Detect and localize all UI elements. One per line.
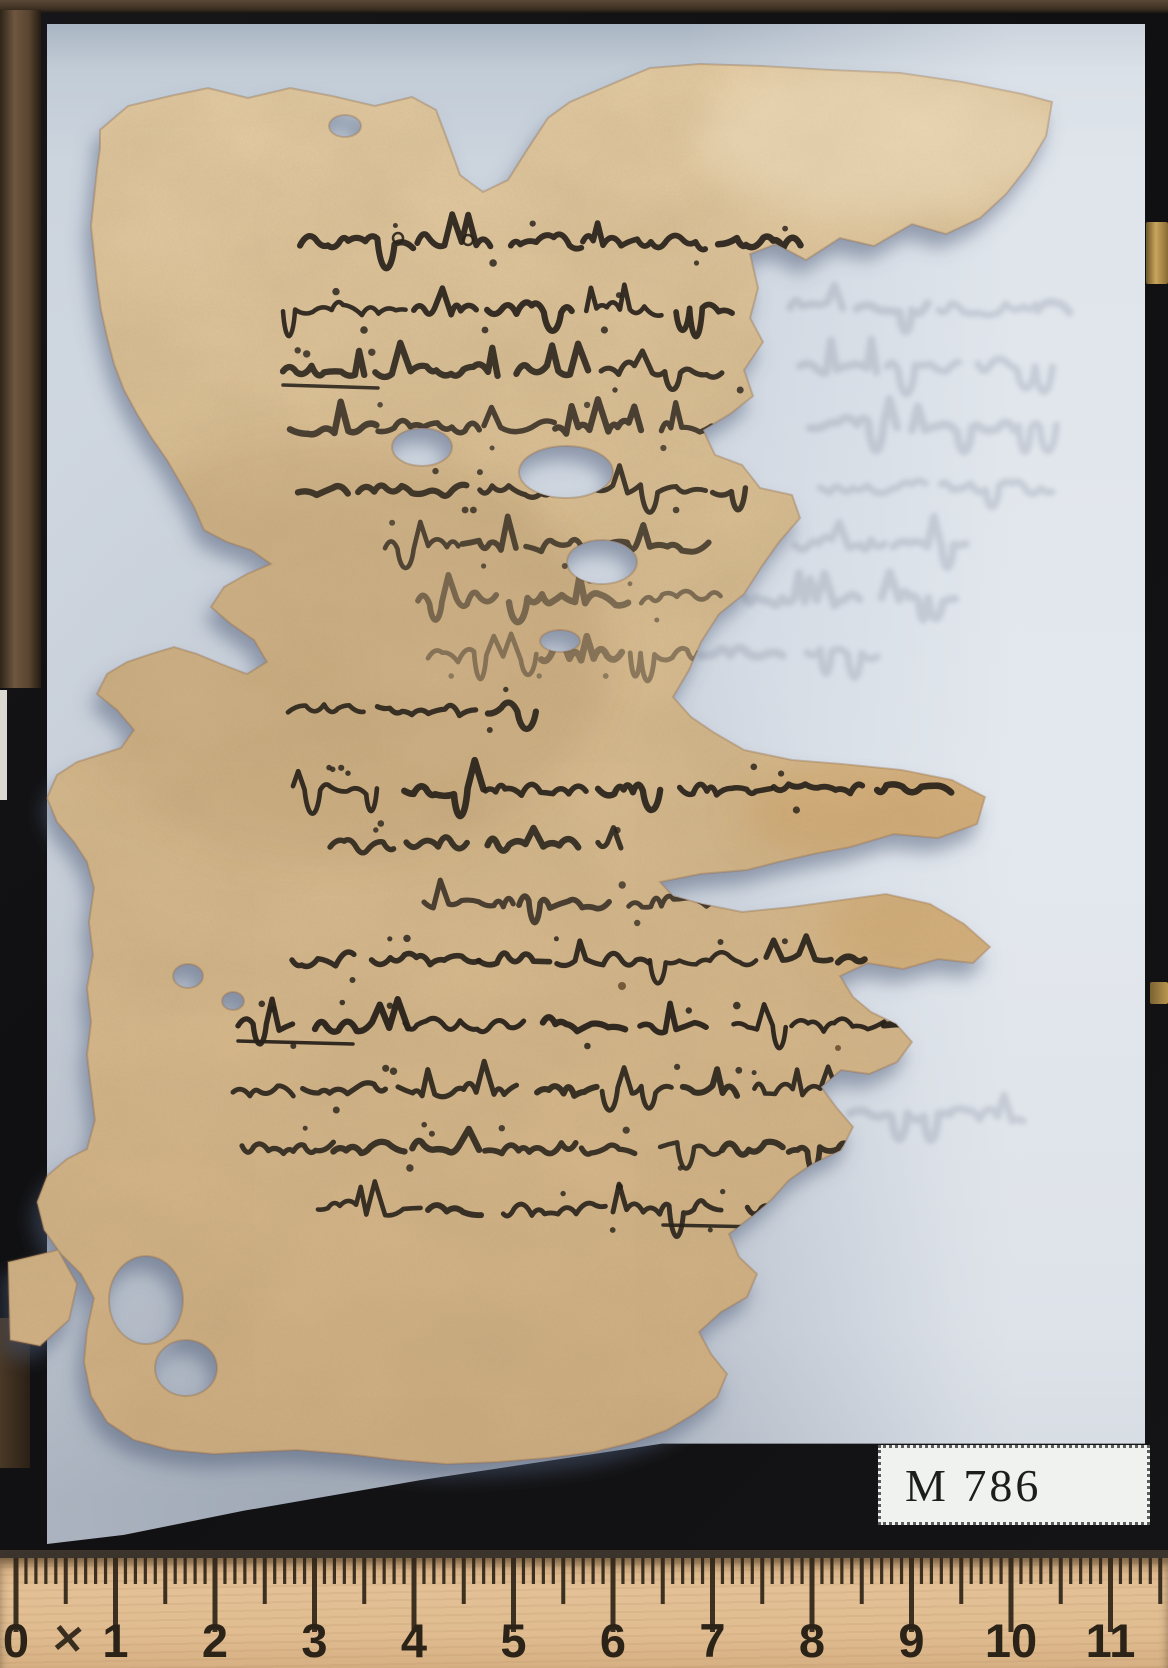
ruler-number-1: 1 bbox=[102, 1617, 128, 1664]
ruler-number-2: 2 bbox=[202, 1617, 228, 1664]
ruler-scale-mark: ✕ bbox=[49, 1618, 87, 1661]
ruler-number-11: 11 bbox=[1086, 1617, 1136, 1664]
ruler-number-0: 0 bbox=[3, 1617, 29, 1664]
catalog-number: M 786 bbox=[905, 1459, 1041, 1512]
ruler-number-10: 10 bbox=[985, 1617, 1037, 1664]
parchment-grain bbox=[0, 0, 1168, 1668]
ruler-number-8: 8 bbox=[799, 1617, 825, 1664]
ruler-number-7: 7 bbox=[699, 1617, 725, 1664]
ruler: 01234567891011✕ bbox=[0, 1558, 1168, 1668]
frame-bottom-shadow bbox=[0, 1550, 1168, 1558]
ruler-number-4: 4 bbox=[401, 1617, 427, 1664]
ruler-number-3: 3 bbox=[301, 1617, 327, 1664]
ruler-number-5: 5 bbox=[500, 1617, 526, 1664]
ruler-number-6: 6 bbox=[600, 1617, 626, 1664]
manuscript-fragment bbox=[0, 0, 1168, 1668]
ruler-number-9: 9 bbox=[898, 1617, 924, 1664]
framed-manuscript-photo: M 786 01234567891011✕ bbox=[0, 0, 1168, 1668]
catalog-label: M 786 bbox=[878, 1445, 1150, 1525]
